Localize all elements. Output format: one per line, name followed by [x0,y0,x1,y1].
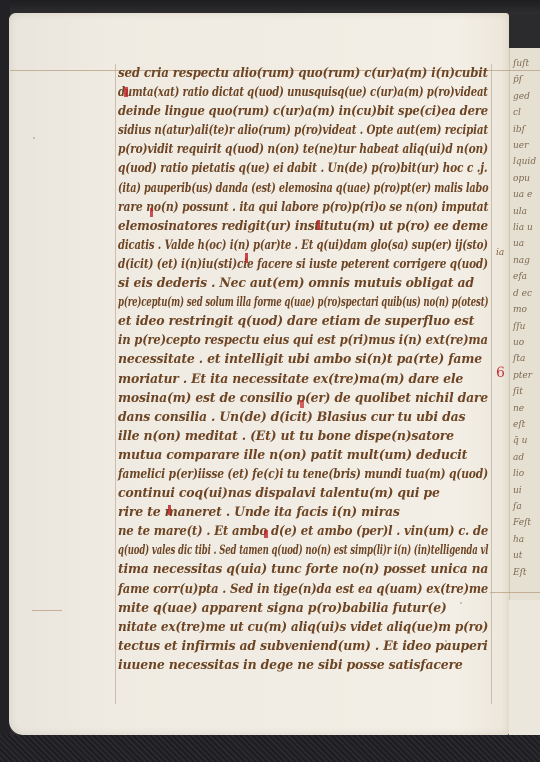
text-line: ille n(on) meditat . (Et) ut tu bone dis… [118,427,488,446]
text-line: tima necessitas q(uia) tunc forte no(n) … [118,560,484,579]
text-line: si eis dederis . Nec aut(em) omnis mutui… [118,274,488,293]
facing-page-lower [509,600,540,735]
text-line: rire te maneret . Unde ita facis i(n) mi… [118,503,488,522]
text-line: q(uod) ratio pietatis q(ue) ei dabit . U… [118,159,433,178]
margin-number: 6 [496,365,505,381]
text-line: continui coq(ui)nas dispalavi talentu(m)… [118,484,488,503]
paragraph-mark [245,253,248,263]
text-line: dicatis . Valde h(oc) i(n) p(ar)te . Et … [118,236,416,255]
rubric-mark [124,87,128,97]
text-line: famelici p(er)iisse (et) fe(c)i tu tene(… [118,465,436,484]
text-line: dumta(xat) ratio dictat q(uod) unusquisq… [118,83,416,102]
text-line: deinde lingue quo(rum) c(ur)a(m) in(cu)b… [118,102,463,121]
text-line: mutua comparare ille n(on) patit mult(um… [118,446,488,465]
text-line: p(ro)vidit requirit q(uod) n(on) te(ne)t… [118,140,434,159]
text-line: iuuene necessitas in dege ne sibi posse … [118,656,488,675]
paragraph-mark [168,505,171,515]
speck [445,640,447,642]
text-line: elemosinatores redigit(ur) institutu(m) … [118,217,473,236]
text-line: mite q(uae) apparent signa p(ro)babilia … [118,599,488,618]
facing-page-edge: ſuſtp̄ſgedclibſuerlquidopuua eulalia uua… [509,48,540,600]
speck [460,602,462,604]
text-line: in p(re)cepto respectu eius qui est p(ri… [118,331,462,350]
ruling-left-margin [115,64,116,704]
text-line: tectus et infirmis ad subveniend(um) . E… [118,637,488,656]
text-line: p(re)ceptu(m) sed solum illa forme q(uae… [118,293,371,312]
text-line: sed cria respectu alio(rum) quo(rum) c(u… [118,64,470,83]
speck [33,137,35,139]
text-line: et ideo restringit q(uod) dare etiam de … [118,312,488,331]
text-column: sed cria respectu alio(rum) quo(rum) c(u… [118,64,510,675]
background-top [0,0,540,14]
text-line: q(uod) vales dic tibi . Sed tamen q(uod)… [118,541,371,560]
rubric-mark [150,208,153,217]
margin-note: ia [496,248,504,258]
cloth-background [0,735,540,762]
rubric-mark [264,530,268,538]
text-line: fame corr(u)pta . Sed in tige(n)da est e… [118,580,461,599]
paragraph-mark [317,220,320,230]
text-line: (ita) pauperib(us) danda (est) elemosina… [118,179,405,198]
text-line: d(icit) (et) i(n)iu(sti)cie facere si iu… [118,255,429,274]
text-line: sidius n(atur)ali(te)r alio(rum) p(ro)vi… [118,121,422,140]
text-line: nitate ex(tre)me ut cu(m) aliq(ui)s vide… [118,618,476,637]
rubric-mark [300,400,304,408]
ruling-left-bottom-tick [32,610,62,611]
facing-page-text: ſuſtp̄ſgedclibſuerlquidopuua eulalia uua… [513,56,539,581]
text-line: ne te mare(t) . Et ambo d(e) et ambo (pe… [118,522,465,541]
text-line: necessitate . et intelligit ubi ambo si(… [118,350,488,369]
text-line: rare no(n) possunt . ita qui labore p(ro… [118,198,439,217]
text-line: moriatur . Et ita necessitate ex(tre)ma(… [118,370,488,389]
text-line: dans consilia . Un(de) d(icit) Blasius c… [118,408,488,427]
